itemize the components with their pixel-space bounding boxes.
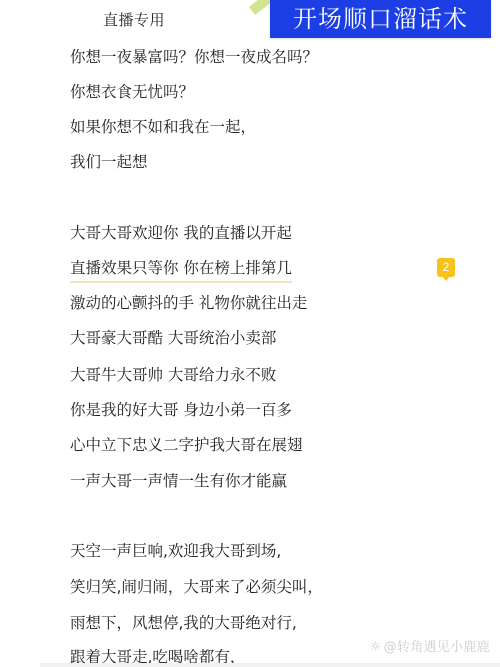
script-line: 大哥豪大哥酷 大哥统治小卖部	[70, 327, 276, 349]
script-line: 大哥大哥欢迎你 我的直播以开起	[70, 222, 292, 244]
doc-label: 直播专用	[103, 9, 165, 30]
script-line: 你想一夜暴富吗？你想一夜成名吗？	[70, 46, 318, 68]
script-line: 雨想下，风想停,我的大哥绝对行,	[70, 612, 297, 634]
bottom-shade	[40, 663, 500, 667]
script-line: 你是我的好大哥 身边小弟一百多	[70, 399, 292, 421]
title-banner: 开场顺口溜话术	[270, 0, 491, 38]
script-line: 你想衣食无忧吗？	[70, 81, 194, 103]
script-line: 我们一起想	[70, 151, 148, 173]
script-line: 大哥牛大哥帅 大哥给力永不败	[70, 364, 276, 386]
watermark-text: @转角遇见小鹿鹿	[384, 640, 490, 655]
script-line: 心中立下忠义二字护我大哥在展翅	[70, 434, 303, 456]
comment-badge[interactable]: 2	[437, 258, 455, 277]
watermark-logo-icon: ☼	[370, 640, 382, 655]
script-line: 如果你想不如和我在一起，	[70, 116, 256, 138]
script-line: 激动的心颤抖的手 礼物你就往出走	[70, 292, 307, 314]
script-line: 笑归笑,闹归闹，大哥来了必须尖叫，	[70, 576, 323, 598]
watermark: ☼@转角遇见小鹿鹿	[370, 636, 490, 655]
script-line: 一声大哥一声情一生有你才能赢	[70, 470, 287, 492]
script-line: 天空一声巨响,欢迎我大哥到场,	[70, 540, 281, 562]
script-line-highlighted[interactable]: 直播效果只等你 你在榜上排第几	[70, 257, 292, 283]
